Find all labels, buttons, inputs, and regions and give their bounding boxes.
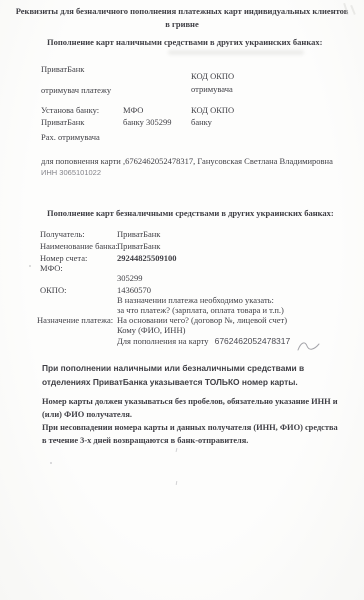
doc-title-line1: Реквизиты для безналичного пополнения пл… [0,6,364,16]
row-label-1: Наименование банка: [40,241,118,251]
okpo-bank-header-line1: КОД ОКПО [191,105,234,115]
row-label-2: Номер счета: [40,253,87,263]
scan-speck-b [176,448,178,452]
recipient-account-label: Рах. отримувача [41,132,100,142]
scan-speck-c [50,462,52,464]
okpo-bank-header-line2: банку [191,117,212,127]
purpose-card-line: Для пополнения на карту 6762462052478317 [117,336,290,346]
bank-institution-value: ПриватБанк [41,117,84,127]
card-replenish-line: для поповнення карти ,6762462052478317, … [41,156,333,166]
row-label-3: МФО: [40,263,63,273]
inn-line: ИНН 3065101022 [41,168,101,178]
card-line-prefix: для поповнення карти [41,156,121,166]
scanned-document-page: Реквизиты для безналичного пополнения пл… [0,0,364,600]
row-label-4: ОКПО: [40,285,66,295]
recipient-bank-value: ПриватБанк [41,64,84,74]
card-line-number: ,6762462052478317, [123,156,195,166]
row-value-4: 14360570 [117,285,151,295]
card-line-holder: Ганусовская Светлана Владимировна [197,156,333,166]
purpose-line-3: На основании чего? (договор №, лицевой с… [117,315,287,325]
purpose-line-1: В назначении платежа необходимо указать: [117,295,274,305]
purpose-card-prefix: Для пополнения на карту [117,336,208,346]
cashless-section-heading: Пополнение карт безналичными средствами … [47,208,334,218]
note-card-format: Номер карты должен указываться без пробе… [42,395,340,421]
cash-section-heading: Пополнение карт наличными средствами в д… [47,37,322,47]
mfo-bank-value: банку 305299 [123,117,172,127]
purpose-line-2: за что платеж? (зарплата, оплата товара … [117,305,284,315]
purpose-line-4: Кому (ФИО, ИНН) [117,325,185,335]
recipient-role-label: отримувач платежу [41,85,111,95]
bank-institution-label: Установа банку: [41,105,99,115]
scan-speck-a [29,265,31,267]
purpose-card-number: 6762462052478317 [215,336,291,346]
mfo-column-header: МФО [123,105,143,115]
smudge-under-heading [168,50,304,55]
doc-title-line2: в гривне [0,19,364,29]
row-label-0: Получатель: [40,229,85,239]
pen-scribble-mark [296,339,322,353]
note-cash-offices: При пополнении наличными или безналичным… [42,362,334,389]
row-value-3: 305299 [117,273,143,283]
row-value-2: 29244825509100 [117,253,177,263]
corner-smudge [343,2,361,18]
scan-speck-d [176,481,178,485]
note-mismatch: При несовпадении номера карты и данных п… [42,421,340,447]
row-value-0: ПриватБанк [117,229,160,239]
okpo-recipient-header-line1: КОД ОКПО [191,71,234,81]
row-value-1: ПриватБанк [117,241,160,251]
okpo-recipient-header-line2: отримувача [191,84,233,94]
purpose-label: Назначение платежа: [37,315,113,325]
